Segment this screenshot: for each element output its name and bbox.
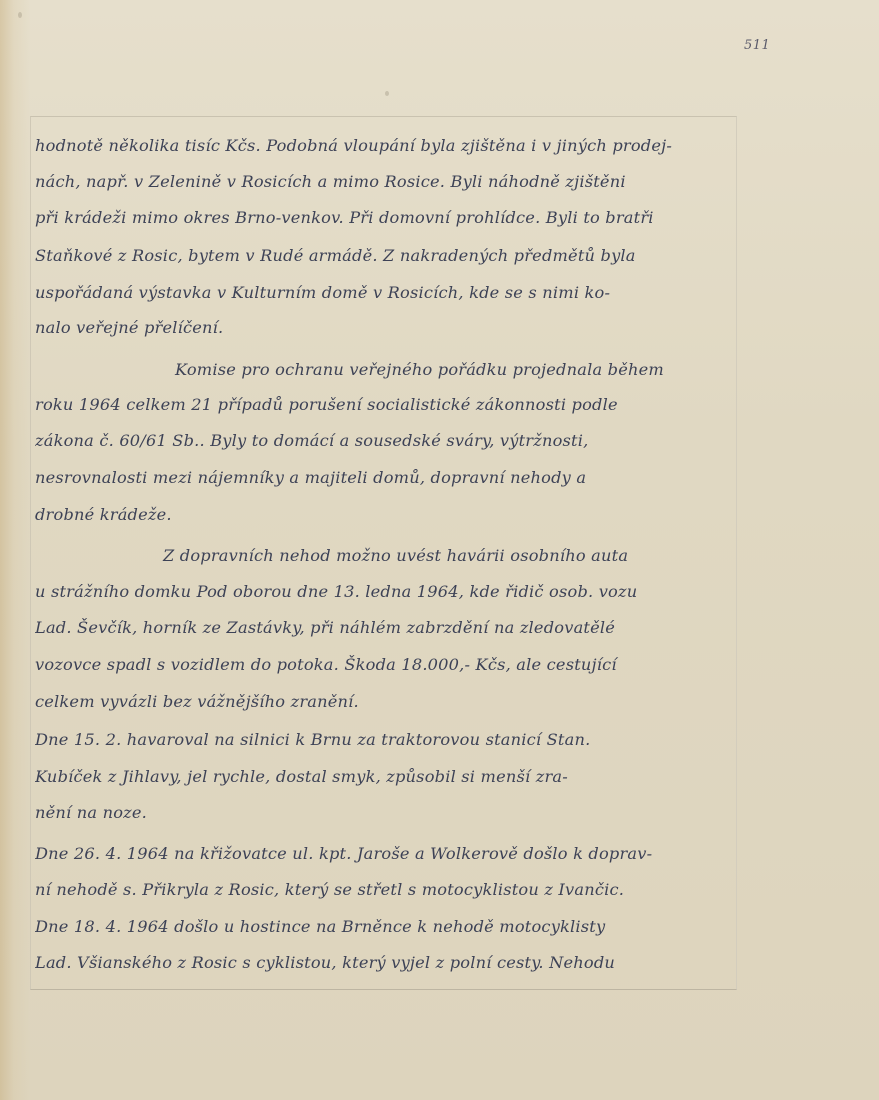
text-line: vozovce spadl s vozidlem do potoka. Škod… bbox=[35, 650, 740, 680]
paragraph-start-line: Komise pro ochranu veřejného pořádku pro… bbox=[35, 355, 740, 385]
page-number: 511 bbox=[744, 38, 770, 53]
paragraph-start-line: Z dopravních nehod možno uvést havárii o… bbox=[35, 541, 740, 571]
text-line: hodnotě několika tisíc Kčs. Podobná vlou… bbox=[35, 131, 740, 161]
text-line: nách, např. v Zelenině v Rosicích a mimo… bbox=[35, 167, 740, 197]
text-line: Kubíček z Jihlavy, jel rychle, dostal sm… bbox=[35, 762, 740, 792]
paragraph-start-line: Dne 18. 4. 1964 došlo u hostince na Brně… bbox=[35, 912, 740, 942]
text-line: nalo veřejné přelíčení. bbox=[35, 313, 740, 343]
text-line: zákona č. 60/61 Sb.. Byly to domácí a so… bbox=[35, 426, 740, 456]
text-line: Lad. Ševčík, horník ze Zastávky, při náh… bbox=[35, 613, 740, 643]
text-line: u strážního domku Pod oborou dne 13. led… bbox=[35, 577, 740, 607]
text-line: Staňkové z Rosic, bytem v Rudé armádě. Z… bbox=[35, 241, 740, 271]
paper-stain bbox=[385, 91, 389, 96]
text-line: nění na noze. bbox=[35, 798, 740, 828]
text-line: uspořádaná výstavka v Kulturním domě v R… bbox=[35, 278, 740, 308]
text-line: roku 1964 celkem 21 případů porušení soc… bbox=[35, 390, 740, 420]
text-line: celkem vyvázli bez vážnějšího zranění. bbox=[35, 687, 740, 717]
text-line: drobné krádeže. bbox=[35, 500, 740, 530]
handwritten-text-frame: hodnotě několika tisíc Kčs. Podobná vlou… bbox=[30, 116, 737, 990]
text-line: nesrovnalosti mezi nájemníky a majiteli … bbox=[35, 463, 740, 493]
paragraph-start-line: Dne 15. 2. havaroval na silnici k Brnu z… bbox=[35, 725, 740, 755]
paragraph-start-line: Dne 26. 4. 1964 na křižovatce ul. kpt. J… bbox=[35, 839, 740, 869]
text-line: ní nehodě s. Přikryla z Rosic, který se … bbox=[35, 875, 740, 905]
text-line: při krádeži mimo okres Brno-venkov. Při … bbox=[35, 203, 740, 233]
paper-stain bbox=[18, 12, 22, 18]
text-line: Lad. Všianského z Rosic s cyklistou, kte… bbox=[35, 948, 740, 978]
